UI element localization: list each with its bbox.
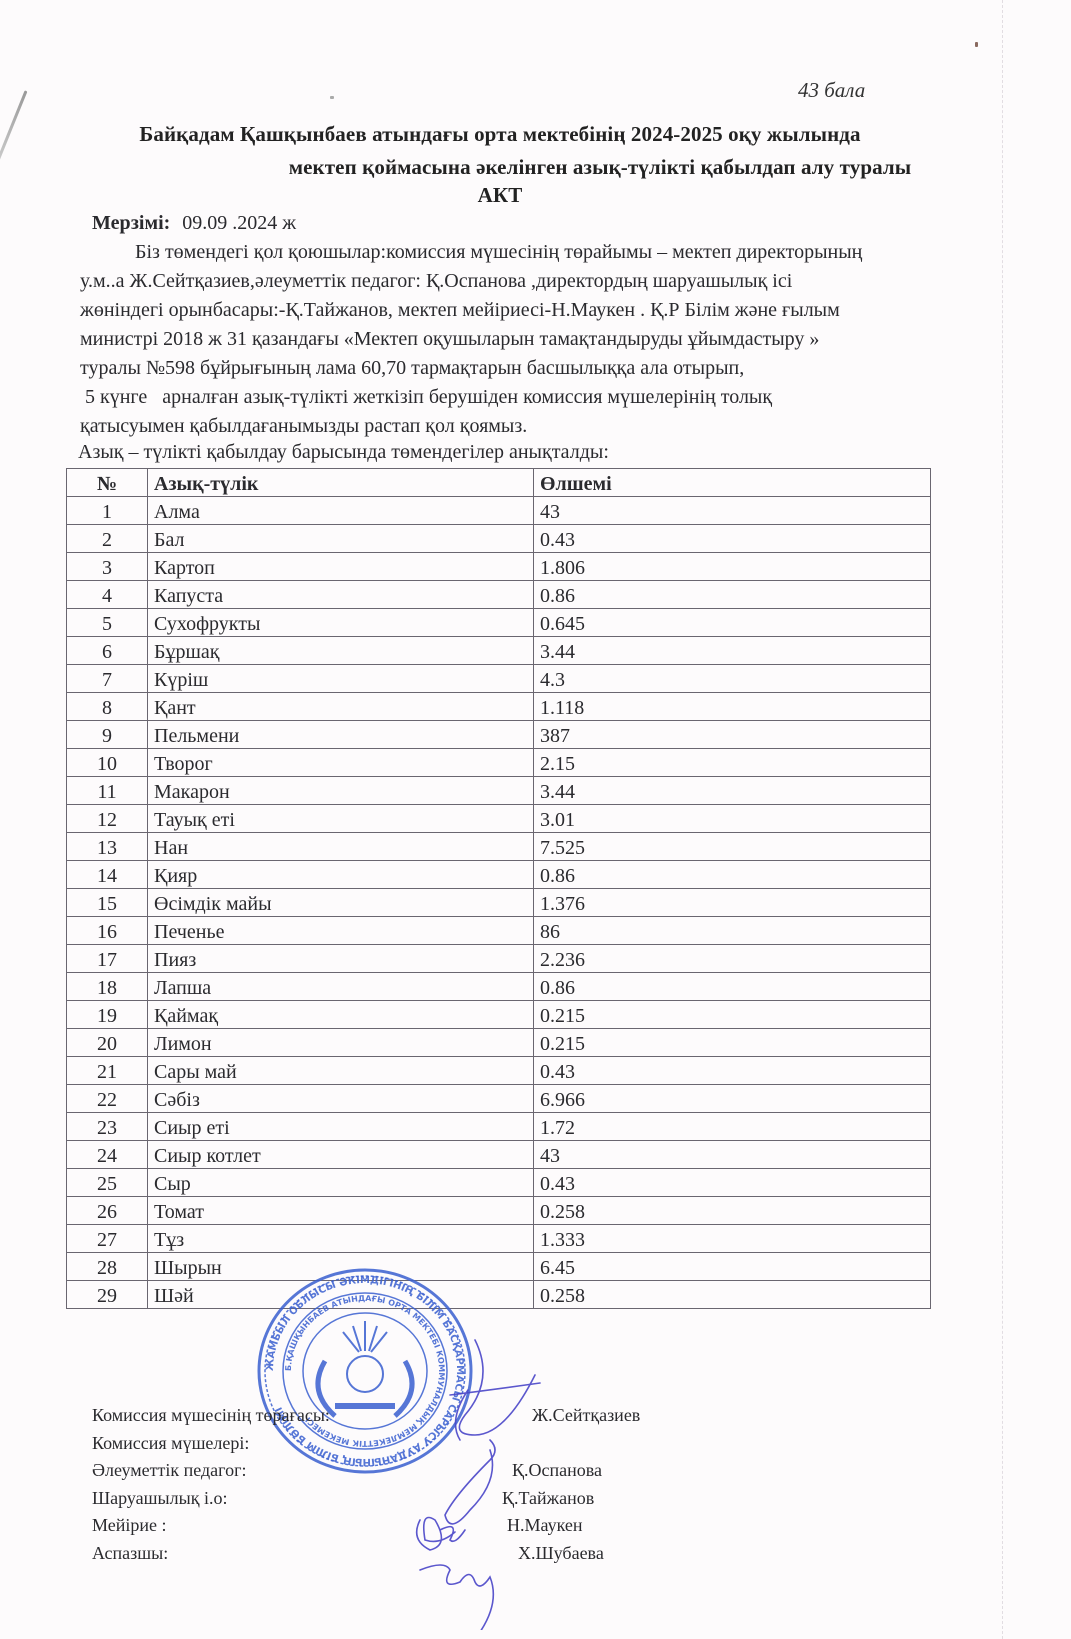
food-item-quantity: 0.258 bbox=[534, 1281, 931, 1309]
food-item-name: Алма bbox=[148, 497, 534, 525]
document-date: Мерзімі:09.09 .2024 ж bbox=[92, 212, 296, 235]
document-title-line-2: мектеп қоймасына әкелінген азық-түлікті … bbox=[250, 155, 950, 180]
table-row: 29Шәй0.258 bbox=[67, 1281, 931, 1309]
row-number: 26 bbox=[67, 1197, 148, 1225]
row-number: 11 bbox=[67, 777, 148, 805]
table-row: 15Өсімдік майы1.376 bbox=[67, 889, 931, 917]
food-item-name: Сиыр котлет bbox=[148, 1141, 534, 1169]
food-item-quantity: 1.376 bbox=[534, 889, 931, 917]
table-row: 21Сары май0.43 bbox=[67, 1057, 931, 1085]
table-row: 8Қант1.118 bbox=[67, 693, 931, 721]
food-item-quantity: 0.86 bbox=[534, 581, 931, 609]
food-item-name: Қант bbox=[148, 693, 534, 721]
food-item-name: Тауық еті bbox=[148, 805, 534, 833]
food-item-name: Лапша bbox=[148, 973, 534, 1001]
table-row: 20Лимон0.215 bbox=[67, 1029, 931, 1057]
food-item-quantity: 6.45 bbox=[534, 1253, 931, 1281]
signature-role: Мейірие : bbox=[92, 1515, 167, 1535]
table-row: 19Қаймақ0.215 bbox=[67, 1001, 931, 1029]
row-number: 25 bbox=[67, 1169, 148, 1197]
food-item-name: Пияз bbox=[148, 945, 534, 973]
food-item-quantity: 0.645 bbox=[534, 609, 931, 637]
food-item-name: Күріш bbox=[148, 665, 534, 693]
row-number: 22 bbox=[67, 1085, 148, 1113]
food-item-name: Пельмени bbox=[148, 721, 534, 749]
food-item-quantity: 3.44 bbox=[534, 637, 931, 665]
food-item-quantity: 6.966 bbox=[534, 1085, 931, 1113]
food-item-name: Сәбіз bbox=[148, 1085, 534, 1113]
table-row: 1Алма43 bbox=[67, 497, 931, 525]
food-item-quantity: 2.236 bbox=[534, 945, 931, 973]
food-item-quantity: 3.44 bbox=[534, 777, 931, 805]
food-item-quantity: 0.43 bbox=[534, 1169, 931, 1197]
food-item-quantity: 0.43 bbox=[534, 1057, 931, 1085]
food-item-quantity: 0.86 bbox=[534, 973, 931, 1001]
table-row: 24Сиыр котлет43 bbox=[67, 1141, 931, 1169]
food-item-quantity: 0.215 bbox=[534, 1029, 931, 1057]
row-number: 27 bbox=[67, 1225, 148, 1253]
row-number: 28 bbox=[67, 1253, 148, 1281]
food-item-name: Макарон bbox=[148, 777, 534, 805]
row-number: 14 bbox=[67, 861, 148, 889]
food-item-name: Творог bbox=[148, 749, 534, 777]
food-item-quantity: 1.72 bbox=[534, 1113, 931, 1141]
food-item-name: Печенье bbox=[148, 917, 534, 945]
signature-role: Әлеуметтік педагог: bbox=[92, 1460, 247, 1480]
food-item-name: Лимон bbox=[148, 1029, 534, 1057]
paragraph-line: Азық – түлікті қабылдау барысында төменд… bbox=[78, 438, 1060, 467]
row-number: 3 bbox=[67, 553, 148, 581]
food-item-name: Бал bbox=[148, 525, 534, 553]
table-header-row: № Азық-түлік Өлшемі bbox=[67, 469, 931, 497]
table-row: 16Печенье86 bbox=[67, 917, 931, 945]
document-title-act: АКТ bbox=[0, 183, 1000, 208]
table-row: 11Макарон3.44 bbox=[67, 777, 931, 805]
food-item-quantity: 86 bbox=[534, 917, 931, 945]
row-number: 24 bbox=[67, 1141, 148, 1169]
table-row: 23Сиыр еті1.72 bbox=[67, 1113, 931, 1141]
document-title-line-1: Байқадам Қашқынбаев атындағы орта мектеб… bbox=[5, 122, 995, 147]
food-items-table: № Азық-түлік Өлшемі 1Алма432Бал0.433Карт… bbox=[66, 468, 931, 1309]
handwritten-signatures bbox=[380, 1330, 580, 1630]
paragraph-line: министрі 2018 ж 31 қазандағы «Мектеп оқу… bbox=[80, 325, 1060, 354]
row-number: 19 bbox=[67, 1001, 148, 1029]
food-item-quantity: 387 bbox=[534, 721, 931, 749]
header-food-item: Азық-түлік bbox=[148, 469, 534, 497]
paper-speck bbox=[330, 96, 334, 99]
table-row: 2Бал0.43 bbox=[67, 525, 931, 553]
signature-role: Шаруашылық і.о: bbox=[92, 1488, 227, 1508]
table-row: 26Томат0.258 bbox=[67, 1197, 931, 1225]
table-row: 9Пельмени387 bbox=[67, 721, 931, 749]
row-number: 4 bbox=[67, 581, 148, 609]
date-label: Мерзімі: bbox=[92, 212, 170, 234]
table-row: 14Қияр0.86 bbox=[67, 861, 931, 889]
food-item-quantity: 0.43 bbox=[534, 525, 931, 553]
food-item-name: Сиыр еті bbox=[148, 1113, 534, 1141]
paragraph-line: 5 күнге арналған азық-түлікті жеткізіп б… bbox=[80, 383, 1060, 412]
paper-speck bbox=[975, 42, 978, 47]
food-item-quantity: 7.525 bbox=[534, 833, 931, 861]
food-item-name: Тұз bbox=[148, 1225, 534, 1253]
row-number: 15 bbox=[67, 889, 148, 917]
food-item-quantity: 43 bbox=[534, 497, 931, 525]
children-count-note: 43 бала bbox=[798, 78, 865, 103]
food-item-name: Томат bbox=[148, 1197, 534, 1225]
table-row: 22Сәбіз6.966 bbox=[67, 1085, 931, 1113]
act-paragraph: Біз төмендегі қол қоюшылар:комиссия мүше… bbox=[80, 238, 1060, 467]
paragraph-line: туралы №598 бұйрығының лама 60,70 тармақ… bbox=[80, 354, 1060, 383]
row-number: 17 bbox=[67, 945, 148, 973]
paragraph-line: жөніндегі орынбасары:-Қ.Тайжанов, мектеп… bbox=[80, 296, 1060, 325]
date-value: 09.09 .2024 ж bbox=[182, 212, 296, 234]
row-number: 13 bbox=[67, 833, 148, 861]
food-item-quantity: 0.258 bbox=[534, 1197, 931, 1225]
food-item-name: Сары май bbox=[148, 1057, 534, 1085]
row-number: 18 bbox=[67, 973, 148, 1001]
table-row: 27Тұз1.333 bbox=[67, 1225, 931, 1253]
food-item-quantity: 1.333 bbox=[534, 1225, 931, 1253]
paragraph-line: Біз төмендегі қол қоюшылар:комиссия мүше… bbox=[80, 238, 1060, 267]
row-number: 1 bbox=[67, 497, 148, 525]
row-number: 10 bbox=[67, 749, 148, 777]
food-item-quantity: 4.3 bbox=[534, 665, 931, 693]
table-row: 17Пияз2.236 bbox=[67, 945, 931, 973]
food-item-quantity: 2.15 bbox=[534, 749, 931, 777]
food-item-name: Картоп bbox=[148, 553, 534, 581]
table-row: 3Картоп1.806 bbox=[67, 553, 931, 581]
row-number: 7 bbox=[67, 665, 148, 693]
row-number: 2 bbox=[67, 525, 148, 553]
food-item-quantity: 0.215 bbox=[534, 1001, 931, 1029]
table-row: 13Нан7.525 bbox=[67, 833, 931, 861]
table-row: 18Лапша0.86 bbox=[67, 973, 931, 1001]
food-item-quantity: 0.86 bbox=[534, 861, 931, 889]
signature-role: Комиссия мүшелері: bbox=[92, 1433, 249, 1453]
table-row: 5Сухофрукты0.645 bbox=[67, 609, 931, 637]
table-row: 6Бұршақ3.44 bbox=[67, 637, 931, 665]
food-item-quantity: 1.118 bbox=[534, 693, 931, 721]
row-number: 6 bbox=[67, 637, 148, 665]
food-item-quantity: 3.01 bbox=[534, 805, 931, 833]
food-item-name: Қаймақ bbox=[148, 1001, 534, 1029]
food-item-name: Сыр bbox=[148, 1169, 534, 1197]
food-item-name: Бұршақ bbox=[148, 637, 534, 665]
food-item-name: Өсімдік майы bbox=[148, 889, 534, 917]
food-item-name: Нан bbox=[148, 833, 534, 861]
row-number: 29 bbox=[67, 1281, 148, 1309]
row-number: 5 bbox=[67, 609, 148, 637]
row-number: 8 bbox=[67, 693, 148, 721]
signature-role: Комиссия мүшесінің төрағасы: bbox=[92, 1405, 330, 1425]
table-row: 7Күріш4.3 bbox=[67, 665, 931, 693]
header-number: № bbox=[67, 469, 148, 497]
table-row: 12Тауық еті3.01 bbox=[67, 805, 931, 833]
food-item-name: Қияр bbox=[148, 861, 534, 889]
row-number: 20 bbox=[67, 1029, 148, 1057]
paragraph-line: у.м..а Ж.Сейтқазиев,әлеуметтік педагог: … bbox=[80, 267, 1060, 296]
row-number: 21 bbox=[67, 1057, 148, 1085]
signature-role: Аспазшы: bbox=[92, 1543, 168, 1563]
table-row: 4Капуста0.86 bbox=[67, 581, 931, 609]
row-number: 9 bbox=[67, 721, 148, 749]
row-number: 16 bbox=[67, 917, 148, 945]
food-item-name: Капуста bbox=[148, 581, 534, 609]
food-item-quantity: 1.806 bbox=[534, 553, 931, 581]
table-row: 28Шырын6.45 bbox=[67, 1253, 931, 1281]
row-number: 12 bbox=[67, 805, 148, 833]
header-quantity: Өлшемі bbox=[534, 469, 931, 497]
table-row: 25Сыр0.43 bbox=[67, 1169, 931, 1197]
food-item-quantity: 43 bbox=[534, 1141, 931, 1169]
paragraph-line: қатысуымен қабылдағанымызды растап қол қ… bbox=[80, 412, 1060, 441]
table-row: 10Творог2.15 bbox=[67, 749, 931, 777]
row-number: 23 bbox=[67, 1113, 148, 1141]
food-item-name: Сухофрукты bbox=[148, 609, 534, 637]
